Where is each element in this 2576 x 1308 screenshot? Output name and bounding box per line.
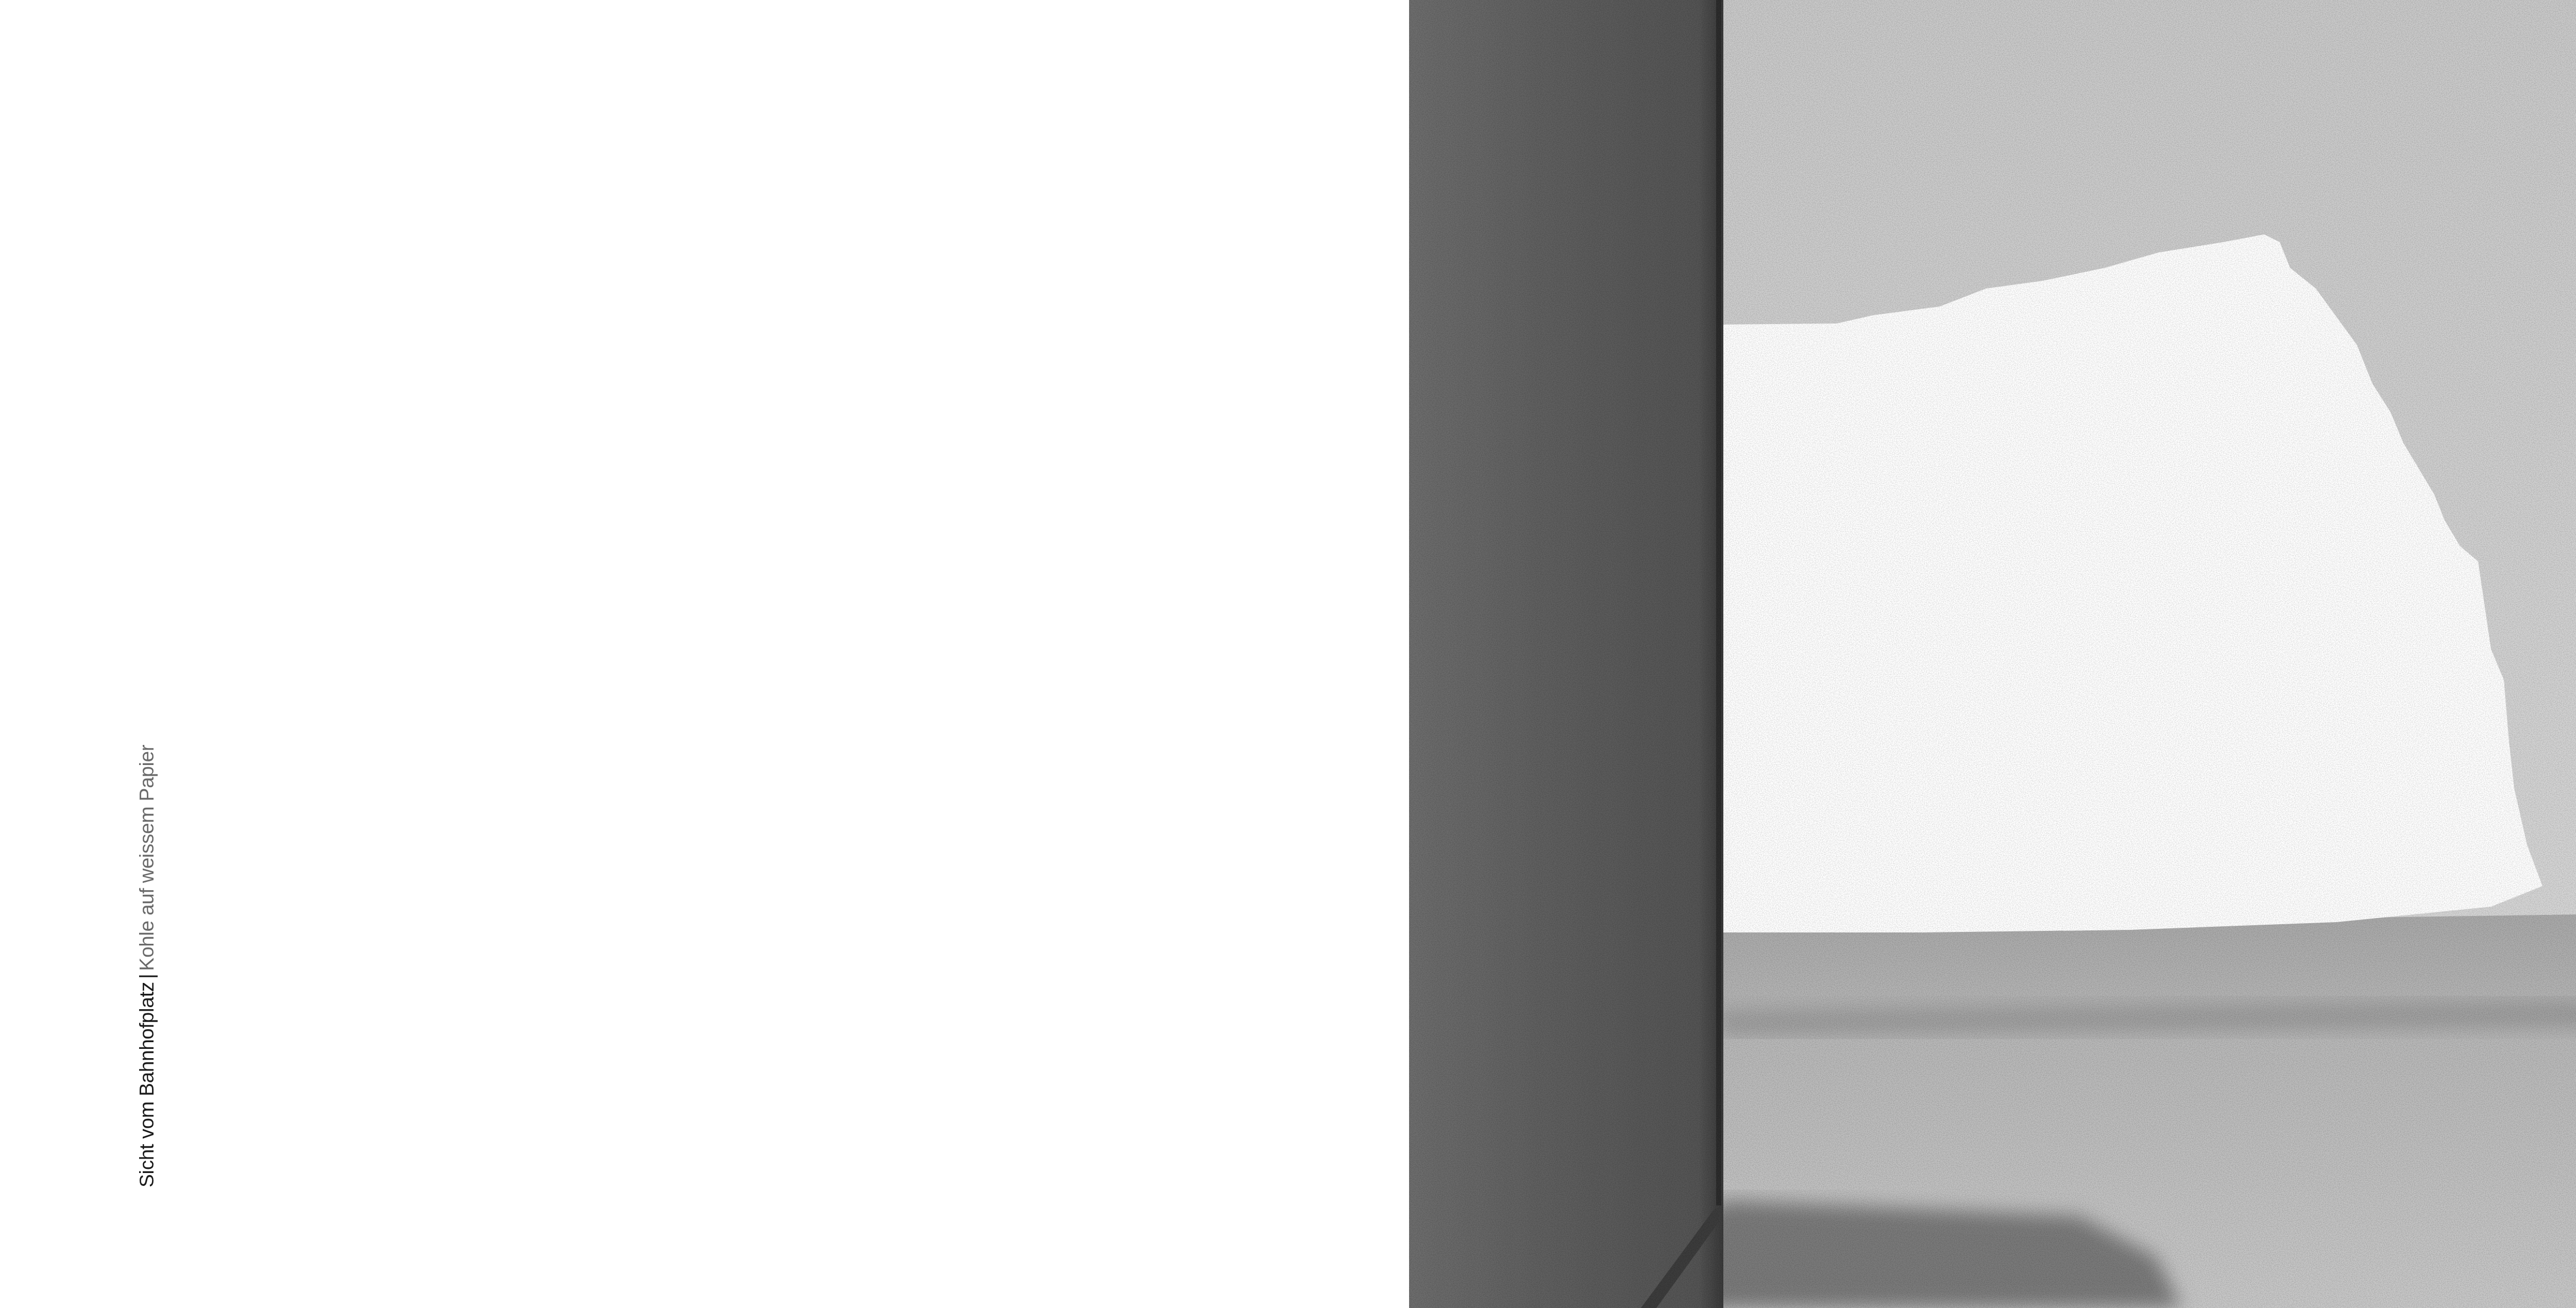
- drawing-layers: [1409, 0, 2576, 1308]
- left-pillar: [1409, 0, 1723, 1308]
- charcoal-drawing: [1409, 0, 2576, 1308]
- caption-title: Sicht vom Bahnhofplatz: [136, 982, 158, 1187]
- vertical-caption: Sicht vom Bahnhofplatz|Kohle auf weissem…: [137, 745, 157, 1187]
- caption-medium: Kohle auf weissem Papier: [136, 745, 158, 971]
- drawing-canvas: [1409, 0, 2576, 1308]
- pillar-edge-line: [1716, 0, 1721, 1205]
- caption-separator: |: [136, 971, 158, 982]
- left-page: Sicht vom Bahnhofplatz|Kohle auf weissem…: [0, 0, 1409, 1308]
